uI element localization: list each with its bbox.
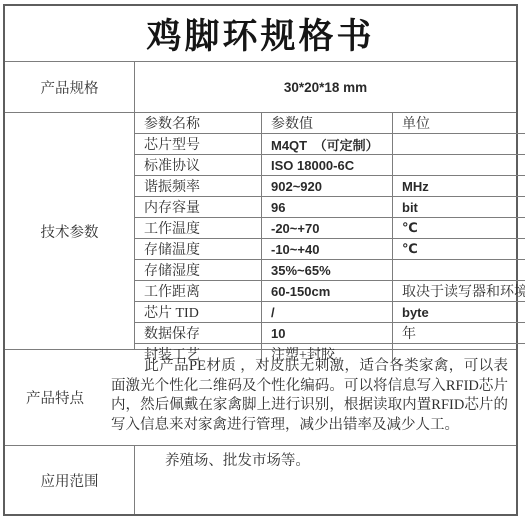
table-row-frequency: 谐振频率 902~920 MHz	[135, 176, 525, 197]
row-tech-params: 技术参数 参数名称 参数值 单位 芯片型号 M4QT （可定制） 标准协议 IS…	[5, 113, 516, 350]
row-product-features: 产品特点 此产品PE材质 ，对皮肤无刺激，适合各类家禽，可以表面激光个性化二维码…	[5, 350, 516, 446]
table-row-storage-humidity: 存储湿度 35%~65%	[135, 260, 525, 281]
param-name: 工作距离	[135, 281, 262, 301]
param-value: -20~+70	[262, 218, 393, 238]
param-unit	[393, 155, 525, 175]
table-row-chip-tid: 芯片 TID / byte	[135, 302, 525, 323]
param-value: 96	[262, 197, 393, 217]
param-name: 工作温度	[135, 218, 262, 238]
param-value: 10	[262, 323, 393, 343]
tech-params-label: 技术参数	[5, 113, 135, 349]
table-row-data-retention: 数据保存 10 年	[135, 323, 525, 344]
param-value: 35%~65%	[262, 260, 393, 280]
table-row-chip-model: 芯片型号 M4QT （可定制）	[135, 134, 525, 155]
page-title: 鸡脚环规格书	[146, 9, 374, 59]
table-row-protocol: 标准协议 ISO 18000-6C	[135, 155, 525, 176]
table-header-row: 参数名称 参数值 单位	[135, 113, 525, 134]
param-name: 存储温度	[135, 239, 262, 259]
tech-params-table: 参数名称 参数值 单位 芯片型号 M4QT （可定制） 标准协议 ISO 180…	[135, 113, 525, 349]
header-param-value: 参数值	[262, 113, 393, 133]
product-features-text: 此产品PE材质 ，对皮肤无刺激，适合各类家禽，可以表面激光个性化二维码及个性化编…	[105, 350, 516, 445]
param-unit: MHz	[393, 176, 525, 196]
param-unit: 取决于读写器和环境	[393, 281, 525, 301]
row-application-scope: 应用范围 养殖场、批发市场等。	[5, 446, 516, 514]
param-unit: 年	[393, 323, 525, 343]
param-name: 标准协议	[135, 155, 262, 175]
row-product-spec: 产品规格 30*20*18 mm	[5, 62, 516, 113]
param-unit	[393, 260, 525, 280]
param-name: 数据保存	[135, 323, 262, 343]
header-param-unit: 单位	[393, 113, 525, 133]
param-name: 芯片 TID	[135, 302, 262, 322]
title-row: 鸡脚环规格书	[5, 6, 516, 62]
table-row-memory: 内存容量 96 bit	[135, 197, 525, 218]
param-value: 902~920	[262, 176, 393, 196]
param-value: 60-150cm	[262, 281, 393, 301]
param-name: 存储湿度	[135, 260, 262, 280]
spec-sheet: 鸡脚环规格书 产品规格 30*20*18 mm 技术参数 参数名称 参数值 单位…	[3, 4, 518, 516]
product-spec-value: 30*20*18 mm	[135, 62, 516, 112]
param-value: ISO 18000-6C	[262, 155, 393, 175]
param-name: 谐振频率	[135, 176, 262, 196]
param-name: 内存容量	[135, 197, 262, 217]
product-spec-label: 产品规格	[5, 62, 135, 112]
application-scope-label: 应用范围	[5, 446, 135, 514]
param-name: 芯片型号	[135, 134, 262, 154]
param-unit	[393, 134, 525, 154]
table-row-storage-temp: 存储温度 -10~+40 ℃	[135, 239, 525, 260]
param-unit: ℃	[393, 239, 525, 259]
product-features-label: 产品特点	[5, 350, 105, 445]
param-unit: ℃	[393, 218, 525, 238]
param-value: /	[262, 302, 393, 322]
table-row-work-distance: 工作距离 60-150cm 取决于读写器和环境	[135, 281, 525, 302]
table-row-work-temp: 工作温度 -20~+70 ℃	[135, 218, 525, 239]
param-unit: byte	[393, 302, 525, 322]
param-unit: bit	[393, 197, 525, 217]
param-value: -10~+40	[262, 239, 393, 259]
application-scope-text: 养殖场、批发市场等。	[135, 446, 516, 514]
header-param-name: 参数名称	[135, 113, 262, 133]
param-value: M4QT （可定制）	[262, 134, 393, 154]
